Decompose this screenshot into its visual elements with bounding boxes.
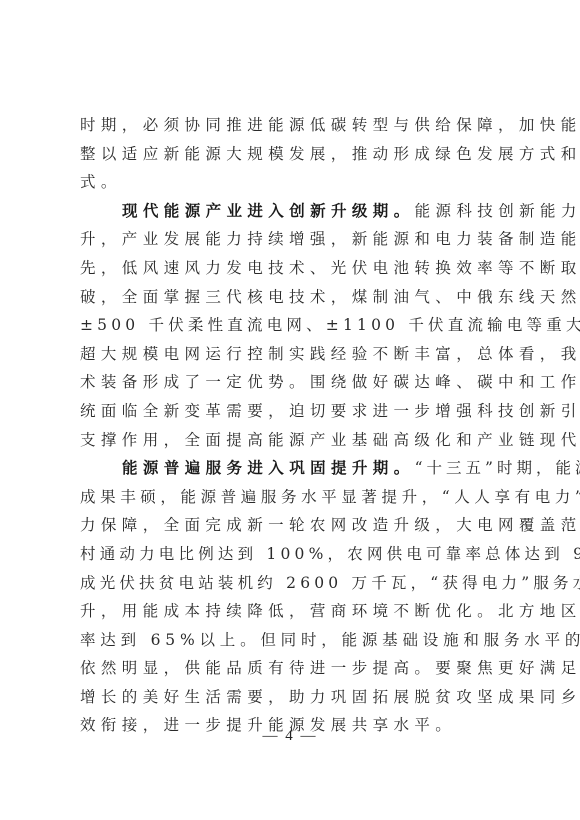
paragraph-energy-industry: 现代能源产业进入创新升级期。能源科技创新能力显著提 升，产业发展能力持续增强，新…: [80, 197, 504, 454]
text-line: 术装备形成了一定优势。围绕做好碳达峰、碳中和工作，能源系: [80, 368, 504, 397]
text-line: 率达到 65%以上。但同时，能源基础设施和服务水平的城乡差距: [80, 626, 504, 655]
text-line: ±500 千伏柔性直流电网、±1100 千伏直流输电等重大项目投产，: [80, 311, 504, 340]
text-line: 现代能源产业进入创新升级期。能源科技创新能力显著提: [80, 197, 504, 226]
text-line: 升，产业发展能力持续增强，新能源和电力装备制造能力全球领: [80, 225, 504, 254]
text-line: 依然明显，供能品质有待进一步提高。要聚焦更好满足人民日益: [80, 654, 504, 683]
text-line: 增长的美好生活需要，助力巩固拓展脱贫攻坚成果同乡村振兴有: [80, 683, 504, 712]
text-line: 时期，必须协同推进能源低碳转型与供给保障，加快能源系统调: [80, 111, 504, 140]
paragraph-continuation: 时期，必须协同推进能源低碳转型与供给保障，加快能源系统调 整以适应新能源大规模发…: [80, 111, 504, 197]
text-line: 支撑作用，全面提高能源产业基础高级化和产业链现代化水平。: [80, 426, 504, 455]
text-span: “十三五”时期，能源惠民利民: [415, 459, 580, 477]
text-line: 成果丰硕，能源普遍服务水平显著提升，“人人享有电力” 得到有: [80, 483, 504, 512]
text-line: 先，低风速风力发电技术、光伏电池转换效率等不断取得新突: [80, 254, 504, 283]
paragraph-heading: 现代能源产业进入创新升级期。: [122, 201, 415, 220]
text-line: 破，全面掌握三代核电技术，煤制油气、中俄东线天然气管道、: [80, 283, 504, 312]
text-line: 村通动力电比例达到 100%，农网供电可靠率总体达到 99.8%，建: [80, 540, 504, 569]
text-line: 力保障，全面完成新一轮农网改造升级，大电网覆盖范围内贫困: [80, 511, 504, 540]
paragraph-heading: 能源普遍服务进入巩固提升期。: [122, 458, 415, 477]
paragraph-universal-service: 能源普遍服务进入巩固提升期。“十三五”时期，能源惠民利民 成果丰硕，能源普遍服务…: [80, 454, 504, 740]
text-line: 整以适应新能源大规模发展，推动形成绿色发展方式和生活方: [80, 140, 504, 169]
text-line: 统面临全新变革需要，迫切要求进一步增强科技创新引领和战略: [80, 397, 504, 426]
document-page: 时期，必须协同推进能源低碳转型与供给保障，加快能源系统调 整以适应新能源大规模发…: [80, 111, 504, 740]
text-line: 超大规模电网运行控制实践经验不断丰富，总体看，我国能源技: [80, 340, 504, 369]
page-number: — 4 —: [0, 728, 580, 745]
text-line: 式。: [80, 168, 504, 197]
text-line: 能源普遍服务进入巩固提升期。“十三五”时期，能源惠民利民: [80, 454, 504, 483]
text-line: 成光伏扶贫电站装机约 2600 万千瓦，“获得电力”服务水平大幅提: [80, 569, 504, 598]
text-line: 升，用能成本持续降低，营商环境不断优化。北方地区清洁取暖: [80, 597, 504, 626]
text-span: 能源科技创新能力显著提: [415, 202, 580, 220]
